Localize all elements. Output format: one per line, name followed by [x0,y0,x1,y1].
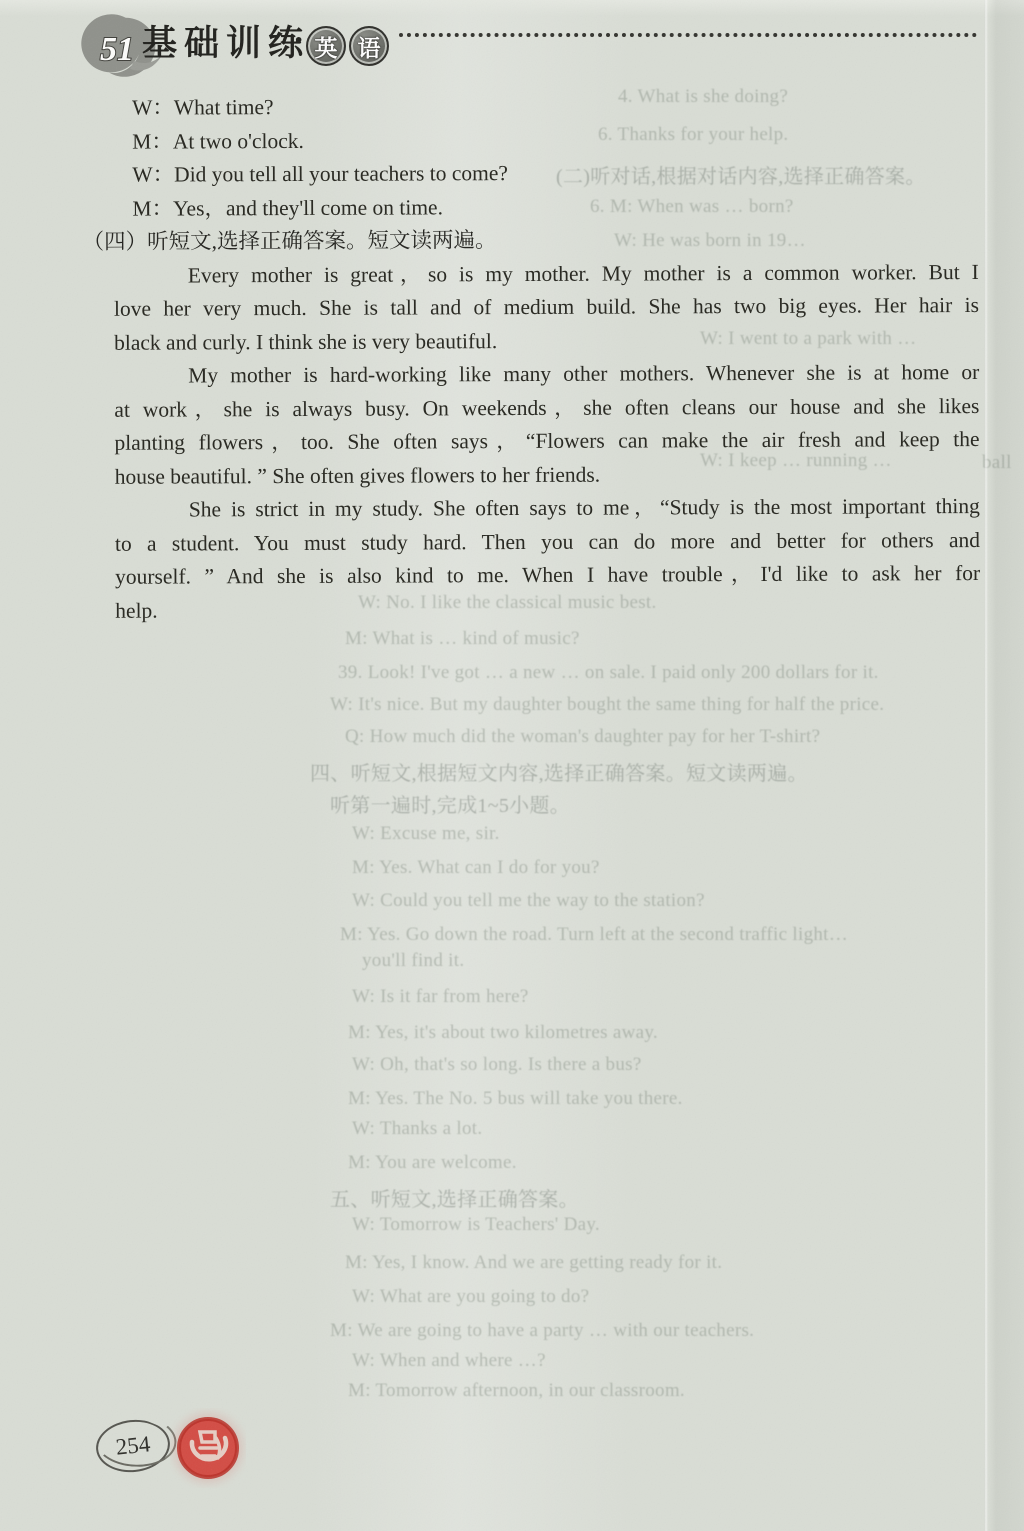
dialogue-line: M：At two o'clock. [132,121,1024,158]
passage-line: house beautiful. ” She often gives flowe… [115,457,980,494]
subject-badge-yu: 语 [349,26,389,66]
passage-line: help. [115,591,980,628]
passage-paragraph-1: Every mother is great，so is my mother. M… [114,256,979,360]
subject-badge-ying: 英 [306,26,346,66]
brand-title: 基础训练 [142,24,310,64]
passage-line: to a student. You must study hard. Then … [115,524,980,561]
passage-line: She is strict in my study. She often say… [115,490,980,527]
passage-line: love her very much. She is tall and of m… [114,289,979,326]
section-heading: （四）听短文,选择正确答案。短文读两遍。 [83,222,1024,260]
passage-line: black and curly. I think she is very bea… [114,323,979,360]
dialogue-line: W：What time? [132,88,1024,125]
dialogue-line: W：Did you tell all your teachers to come… [132,155,1024,192]
subject-badge-yu-char: 语 [358,30,381,63]
listening-dialogue: W：What time?M：At two o'clock.W：Did you t… [132,88,1024,226]
svg-text:51: 51 [100,31,134,68]
passage-line: at work，she is always busy. On weekends，… [114,390,979,427]
red-seal-stamp-icon [170,1408,246,1493]
page-number: 254 [114,1431,151,1460]
listening-passage: Every mother is great，so is my mother. M… [114,256,981,628]
passage-line: yourself. ” And she is also kind to me. … [115,557,980,594]
passage-line: Every mother is great，so is my mother. M… [114,256,979,293]
passage-paragraph-3: She is strict in my study. She often say… [115,490,981,628]
passage-line: My mother is hard-working like many othe… [114,356,979,393]
page-content: W：What time?M：At two o'clock.W：Did you t… [0,88,1024,629]
dialogue-line: M：Yes，and they'll come on time. [132,189,1024,226]
subject-badge-ying-char: 英 [315,30,338,63]
passage-paragraph-2: My mother is hard-working like many othe… [114,356,980,494]
passage-line: planting flowers，too. She often says，“Fl… [114,423,979,460]
scanned-workbook-page: 4. What is she doing?6. Thanks for your … [0,0,1024,1531]
brand-separator: · [293,22,304,60]
dotted-rule [399,33,977,37]
